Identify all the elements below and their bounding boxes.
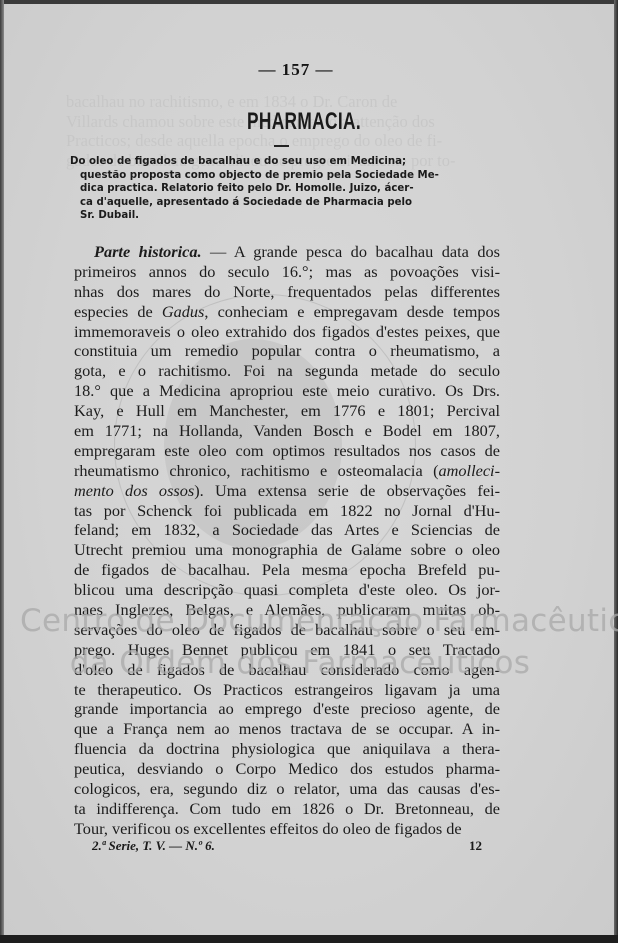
body-line: te therapeutico. Os Practicos estrangeir… bbox=[74, 680, 500, 700]
body-line: Parte historica. — A grande pesca do bac… bbox=[74, 242, 500, 262]
section-lead: Parte historica. bbox=[94, 242, 202, 261]
body-line: blicou uma descripção quasi completa d'e… bbox=[74, 580, 500, 600]
document-page: bacalhau no rachitismo, e em 1834 o Dr. … bbox=[4, 4, 614, 936]
summary-line: dica practica. Relatorio feito pelo Dr. … bbox=[70, 182, 488, 196]
body-line: cologicos, era, segundo diz o relator, u… bbox=[74, 779, 500, 799]
body-line: nhas dos mares do Norte, frequentados pe… bbox=[74, 282, 500, 302]
body-line: immemoraveis o oleo extrahido dos figado… bbox=[74, 322, 500, 342]
page-footer: 2.ª Serie, T. V. — N.º 6. 12 bbox=[92, 838, 482, 858]
body-line: empregaram este oleo com optimos resulta… bbox=[74, 441, 500, 461]
body-line: de figados de bacalhau. Pela mesma epoch… bbox=[74, 560, 500, 580]
body-line: ta indifferença. Com tudo em 1826 o Dr. … bbox=[74, 799, 500, 819]
watermark-line-1: Centro de Documentação Farmacêutica bbox=[20, 603, 618, 639]
scan-edge-bottom bbox=[0, 935, 618, 943]
body-line-text: — A grande pesca do bacalhau data dos bbox=[202, 242, 500, 261]
summary-line: ca d'aquelle, apresentado á Sociedade de… bbox=[70, 196, 488, 210]
body-line: que a França nem ao menos tractava de se… bbox=[74, 719, 500, 739]
title-rule bbox=[274, 145, 289, 147]
body-line: gota, e o rachitismo. Foi na segunda met… bbox=[74, 361, 500, 381]
body-line: especies de Gadus, conheciam e empregava… bbox=[74, 302, 500, 322]
article-summary: Do oleo de figados de bacalhau e do seu … bbox=[70, 155, 488, 223]
body-line: mento dos ossos). Uma extensa serie de o… bbox=[74, 481, 500, 501]
watermark-line-2: da Ordem dos Farmacêuticos bbox=[60, 645, 540, 681]
body-line: Tour, verificou os excellentes effeitos … bbox=[74, 819, 500, 839]
body-line: grande importancia ao emprego d'este pre… bbox=[74, 699, 500, 719]
summary-line: questão proposta como objecto de premio … bbox=[70, 169, 488, 183]
sheet-number: 12 bbox=[469, 838, 482, 854]
section-title: PHARMACIA. bbox=[232, 108, 376, 136]
body-line: peutica, desviando o Corpo Medico dos es… bbox=[74, 759, 500, 779]
series-signature: 2.ª Serie, T. V. — N.º 6. bbox=[92, 838, 215, 854]
body-line: tas por Schenck foi publicada em 1822 no… bbox=[74, 501, 500, 521]
body-line: Kay, e Hull em Manchester, em 1776 e 180… bbox=[74, 401, 500, 421]
body-line: feland; em 1832, a Sociedade das Artes e… bbox=[74, 520, 500, 540]
scan-edge-right bbox=[614, 0, 618, 943]
body-line: fluencia da doctrina physiologica que an… bbox=[74, 739, 500, 759]
body-line: Utrecht premiou uma monographia de Galam… bbox=[74, 540, 500, 560]
body-line: primeiros annos do seculo 16.°; mas as p… bbox=[74, 262, 500, 282]
article-body: Parte historica. — A grande pesca do bac… bbox=[74, 242, 500, 839]
body-line: rheumatismo chronico, rachitismo e osteo… bbox=[74, 461, 500, 481]
page-number: — 157 — bbox=[236, 60, 356, 80]
summary-line: Do oleo de figados de bacalhau e do seu … bbox=[70, 155, 488, 169]
body-line: 18.° que a Medicina apropriou este meio … bbox=[74, 381, 500, 401]
body-line: constituia um remedio popular contra o r… bbox=[74, 341, 500, 361]
body-line: em 1771; na Hollanda, Vanden Bosch e Bod… bbox=[74, 421, 500, 441]
summary-line: Sr. Dubail. bbox=[70, 209, 488, 223]
